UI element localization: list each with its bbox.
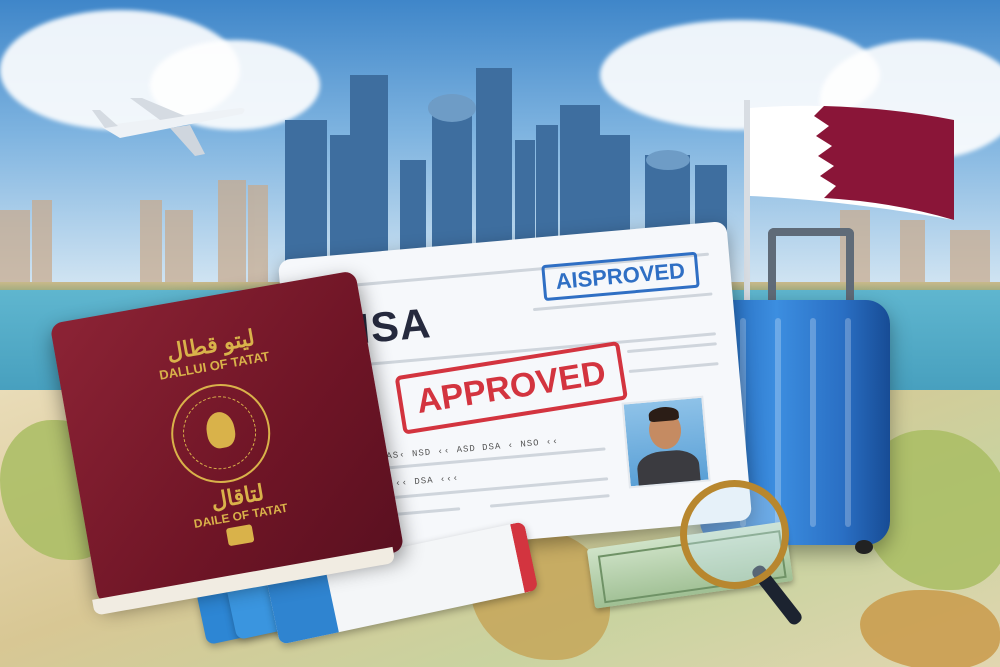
passport-chip-icon <box>226 524 255 546</box>
passport-emblem <box>163 376 278 491</box>
airplane-icon <box>90 98 250 156</box>
applicant-photo <box>622 396 711 489</box>
suitcase-wheel <box>855 540 873 554</box>
travel-visa-illustration: VISA AISPROVED APPROVED ‹‹‹ NSD AS‹ NSD … <box>0 0 1000 667</box>
passport: ليتو قطال DALLUI OF TATAT لتاقال DAILE O… <box>50 270 405 605</box>
suitcase-handle <box>768 228 854 311</box>
approved-stamp-blue: AISPROVED <box>541 252 699 301</box>
approved-stamp-red: APPROVED <box>395 341 628 435</box>
magnifying-glass-icon <box>680 480 789 589</box>
